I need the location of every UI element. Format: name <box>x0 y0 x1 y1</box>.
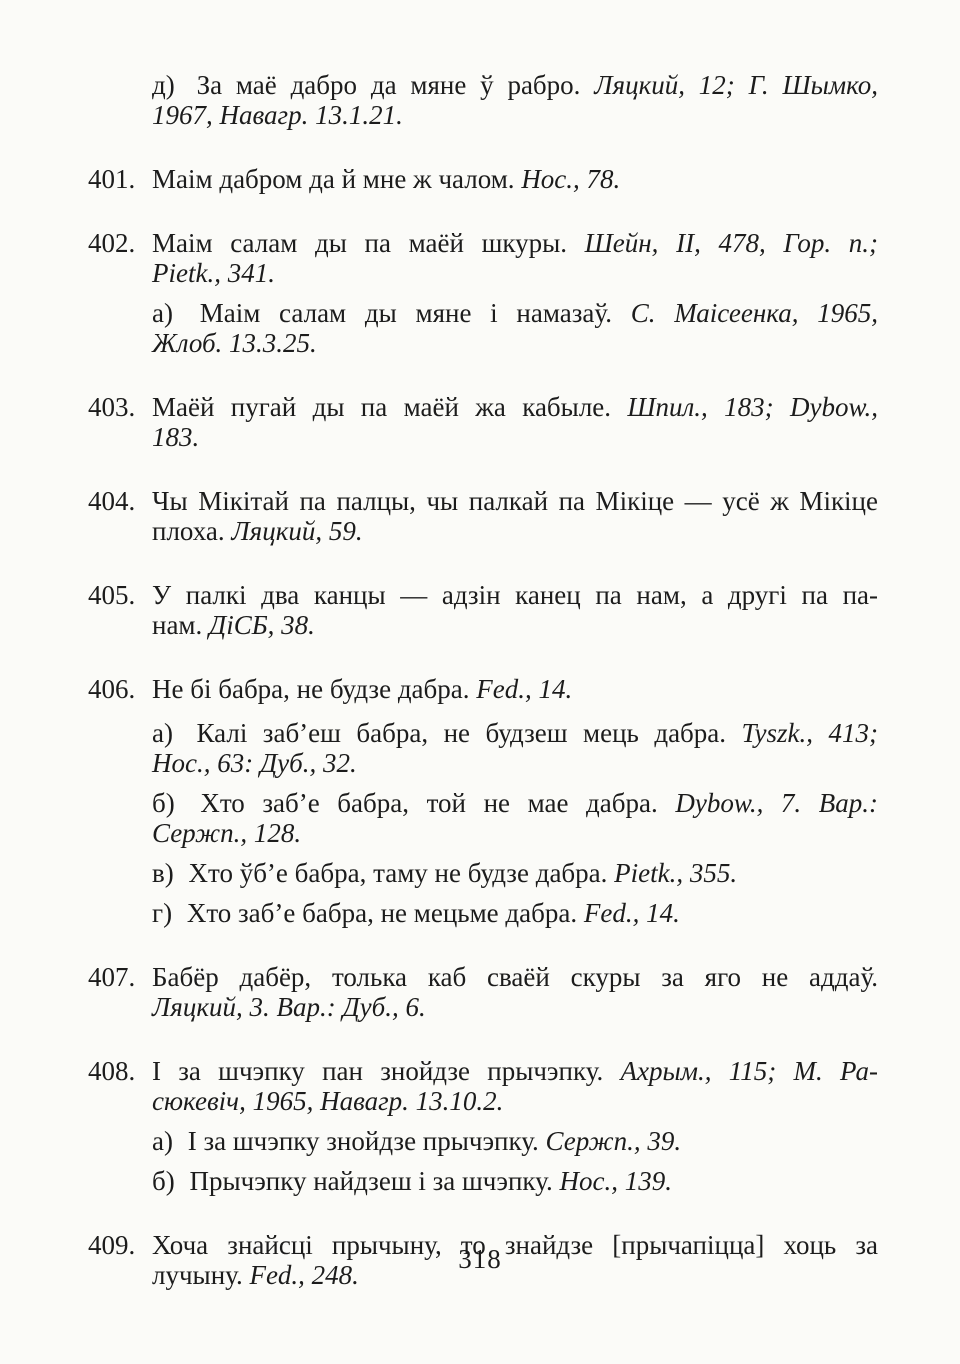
proverb-text: І за шчэпку знойдзе прычэпку. <box>188 1126 546 1156</box>
citation-text: Ляцкий, 59. <box>231 516 362 546</box>
text-line: д) За маё дабро да мяне ў рабро. Ляцкий,… <box>152 70 878 100</box>
citation-text: Шпил., 183; Dybow., <box>627 392 878 422</box>
citation-text: Pietk., 355. <box>614 858 737 888</box>
citation-text: ДіСБ, 38. <box>209 610 315 640</box>
citation-text: Сержп., 128. <box>152 818 301 848</box>
citation-text: Нос., 139. <box>559 1166 671 1196</box>
proverb-entry: 402.Маім салам ды па маёй шкуры. Шейн, I… <box>152 228 878 288</box>
proverb-text: За маё дабро да мяне ў рабро. <box>197 70 595 100</box>
entry-number: 404. <box>88 486 148 516</box>
citation-text: Шейн, II, 478, Гор. п.; <box>585 228 878 258</box>
entry-number: 408. <box>88 1056 148 1086</box>
proverb-text: І за шчэпку пан знойдзе прычэпку. <box>152 1056 621 1086</box>
proverb-entry: 401.Маім дабром да й мне ж чалом. Нос., … <box>152 164 878 194</box>
entry-number: 405. <box>88 580 148 610</box>
variant-letter: д) <box>152 70 183 100</box>
proverb-text: Хто ўб’е бабра, таму не будзе дабра. <box>189 858 615 888</box>
proverb-text: Хто заб’е бабра, той не мае дабра. <box>200 788 675 818</box>
text-line: Жлоб. 13.3.25. <box>152 328 878 358</box>
text-line: 406.Не бі бабра, не будзе дабра. Fed., 1… <box>152 674 878 704</box>
citation-text: Сержп., 39. <box>546 1126 682 1156</box>
proverb-text: Не бі бабра, не будзе дабра. <box>152 674 476 704</box>
proverb-text: плоха. <box>152 516 231 546</box>
text-line: 401.Маім дабром да й мне ж чалом. Нос., … <box>152 164 878 194</box>
variant-entry: д) За маё дабро да мяне ў рабро. Ляцкий,… <box>152 70 878 130</box>
proverb-text: Маім дабром да й мне ж чалом. <box>152 164 521 194</box>
text-line: б) Хто заб’е бабра, той не мае дабра. Dy… <box>152 788 878 818</box>
proverb-text: У палкі два канцы — адзін канец па нам, … <box>152 580 878 610</box>
citation-text: Ахрым., 115; М. Ра- <box>621 1056 878 1086</box>
variant-entry: б) Хто заб’е бабра, той не мае дабра. Dy… <box>152 788 878 848</box>
variant-letter: в) <box>152 858 182 888</box>
entry-number: 401. <box>88 164 148 194</box>
variant-entry: г) Хто заб’е бабра, не мецьме дабра. Fed… <box>152 898 878 928</box>
variant-entry: в) Хто ўб’е бабра, таму не будзе дабра. … <box>152 858 878 888</box>
variant-letter: б) <box>152 1166 183 1196</box>
citation-text: Pietk., 341. <box>152 258 275 288</box>
citation-text: Fed., 14. <box>476 674 572 704</box>
citation-text: Tyszk., 413; <box>742 718 878 748</box>
citation-text: 1967, Навагр. 13.1.21. <box>152 100 403 130</box>
text-line: сюкевіч, 1965, Навагр. 13.10.2. <box>152 1086 878 1116</box>
proverb-entry: 407.Бабёр дабёр, толька каб сваёй скуры … <box>152 962 878 1022</box>
proverb-text: Маім салам ды па маёй шкуры. <box>152 228 585 258</box>
citation-text: Ляцкий, 3. Вар.: Дуб., 6. <box>152 992 426 1022</box>
text-line: Сержп., 128. <box>152 818 878 848</box>
variant-letter: г) <box>152 898 180 928</box>
text-line: б) Прычэпку найдзеш і за шчэпку. Нос., 1… <box>152 1166 878 1196</box>
citation-text: Dybow., 7. <box>675 788 818 818</box>
variant-entry: а) І за шчэпку знойдзе прычэпку. Сержп.,… <box>152 1126 878 1156</box>
text-line: 408.І за шчэпку пан знойдзе прычэпку. Ах… <box>152 1056 878 1086</box>
text-line: а) І за шчэпку знойдзе прычэпку. Сержп.,… <box>152 1126 878 1156</box>
text-line: Pietk., 341. <box>152 258 878 288</box>
text-line: Ляцкий, 3. Вар.: Дуб., 6. <box>152 992 878 1022</box>
proverb-text: Прычэпку найдзеш і за шчэпку. <box>189 1166 559 1196</box>
citation-text: Жлоб. 13.3.25. <box>152 328 317 358</box>
text-line: 405.У палкі два канцы — адзін канец па н… <box>152 580 878 610</box>
text-line: 407.Бабёр дабёр, толька каб сваёй скуры … <box>152 962 878 992</box>
citation-text: С. Маісеенка, 1965, <box>631 298 878 328</box>
entry-number: 406. <box>88 674 148 704</box>
proverb-text: Маёй пугай ды па маёй жа кабыле. <box>152 392 627 422</box>
entry-number: 407. <box>88 962 148 992</box>
citation-text: 183. <box>152 422 199 452</box>
page-number: 318 <box>0 1244 960 1275</box>
citation-text: Ляцкий, 12; Г. Шымко, <box>594 70 878 100</box>
proverb-text: Бабёр дабёр, толька каб сваёй скуры за я… <box>152 962 878 992</box>
proverb-entry: 405.У палкі два канцы — адзін канец па н… <box>152 580 878 640</box>
text-line: 403.Маёй пугай ды па маёй жа кабыле. Шпи… <box>152 392 878 422</box>
text-line: Нос., 63: Дуб., 32. <box>152 748 878 778</box>
text-line: нам. ДіСБ, 38. <box>152 610 878 640</box>
proverb-text: Калі заб’еш бабра, не будзеш мець дабра. <box>196 718 741 748</box>
text-line: 1967, Навагр. 13.1.21. <box>152 100 878 130</box>
entry-number: 402. <box>88 228 148 258</box>
citation-text: сюкевіч, 1965, Навагр. 13.10.2. <box>152 1086 503 1116</box>
citation-text: Нос., 63: Дуб., 32. <box>152 748 357 778</box>
citation-text: Нос., 78. <box>521 164 620 194</box>
variant-entry: б) Прычэпку найдзеш і за шчэпку. Нос., 1… <box>152 1166 878 1196</box>
proverb-text: Маім салам ды мяне і намазаў. <box>200 298 631 328</box>
text-line: 402.Маім салам ды па маёй шкуры. Шейн, I… <box>152 228 878 258</box>
entries-list: д) За маё дабро да мяне ў рабро. Ляцкий,… <box>152 70 878 1290</box>
proverb-entry: 404.Чы Мікітай па палцы, чы палкай па Мі… <box>152 486 878 546</box>
text-line: а) Маім салам ды мяне і намазаў. С. Маіс… <box>152 298 878 328</box>
variant-entry: а) Маім салам ды мяне і намазаў. С. Маіс… <box>152 298 878 358</box>
variant-letter: б) <box>152 788 183 818</box>
text-line: 183. <box>152 422 878 452</box>
proverb-entry: 403.Маёй пугай ды па маёй жа кабыле. Шпи… <box>152 392 878 452</box>
variant-letter: а) <box>152 298 181 328</box>
text-line: в) Хто ўб’е бабра, таму не будзе дабра. … <box>152 858 878 888</box>
proverb-text: нам. <box>152 610 209 640</box>
variant-letter: а) <box>152 718 181 748</box>
citation-text: Fed., 14. <box>584 898 680 928</box>
text-line: г) Хто заб’е бабра, не мецьме дабра. Fed… <box>152 898 878 928</box>
proverb-entry: 408.І за шчэпку пан знойдзе прычэпку. Ах… <box>152 1056 878 1116</box>
entry-number: 403. <box>88 392 148 422</box>
proverb-text: Хто заб’е бабра, не мецьме дабра. <box>187 898 584 928</box>
text-line: плоха. Ляцкий, 59. <box>152 516 878 546</box>
proverb-entry: 406.Не бі бабра, не будзе дабра. Fed., 1… <box>152 674 878 704</box>
scanned-book-page: д) За маё дабро да мяне ў рабро. Ляцкий,… <box>0 0 960 1364</box>
text-line: а) Калі заб’еш бабра, не будзеш мець даб… <box>152 718 878 748</box>
text-line: 404.Чы Мікітай па палцы, чы палкай па Мі… <box>152 486 878 516</box>
variant-letter: а) <box>152 1126 181 1156</box>
proverb-text: Чы Мікітай па палцы, чы палкай па Мікіце… <box>152 486 878 516</box>
citation-text: Вар.: <box>819 788 878 818</box>
variant-entry: а) Калі заб’еш бабра, не будзеш мець даб… <box>152 718 878 778</box>
